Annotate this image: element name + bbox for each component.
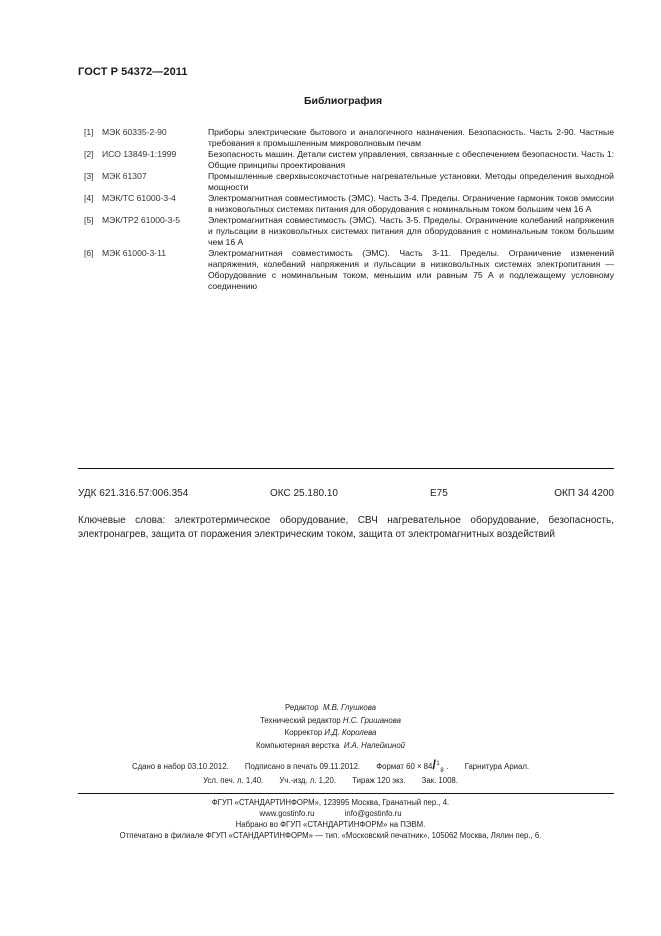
publication-sheets: Уч.-изд. л. 1,20. — [279, 776, 336, 785]
keywords: Ключевые слова: электротермическое обору… — [78, 514, 614, 542]
okp-code: ОКП 34 4200 — [554, 488, 614, 499]
credit-name: Н.С. Гришанова — [343, 716, 401, 725]
email-link[interactable]: info@gostinfo.ru — [317, 809, 402, 818]
typeset-by: Набрано во ФГУП «СТАНДАРТИНФОРМ» на ПЭВМ… — [0, 819, 661, 830]
bibliography-entry: [4] МЭК/ТС 61000-3-4 Электромагнитная со… — [84, 193, 614, 215]
printed-by: Отпечатано в филиале ФГУП «СТАНДАРТИНФОР… — [0, 830, 661, 841]
standard-title: Промышленные сверхвысокочастотные нагрев… — [208, 171, 614, 193]
standard-code: МЭК/ТР2 61000-3-5 — [102, 215, 208, 248]
print-info: Сдано в набор 03.10.2012. Подписано в пе… — [0, 760, 661, 788]
entry-number: [3] — [84, 171, 102, 193]
credit-name: И.Д. Королева — [324, 728, 376, 737]
credit-role: Редактор — [285, 703, 319, 712]
format-fraction: 1/8 — [432, 760, 446, 772]
typeset-date: Сдано в набор 03.10.2012. — [132, 762, 229, 771]
standard-title: Электромагнитная совместимость (ЭМС). Ча… — [208, 215, 614, 248]
standard-title: Приборы электрические бытового и аналоги… — [208, 127, 614, 149]
entry-number: [2] — [84, 149, 102, 171]
standard-code: МЭК 61000-3-11 — [102, 248, 208, 292]
standard-code: МЭК 60335-2-90 — [102, 127, 208, 149]
bibliography-entry: [2] ИСО 13849-1:1999 Безопасность машин.… — [84, 149, 614, 171]
credit-name: И.А. Налейкиной — [344, 741, 405, 750]
credit-line: Технический редактор Н.С. Гришанова — [0, 715, 661, 728]
credit-role: Корректор — [285, 728, 323, 737]
credit-role: Технический редактор — [260, 716, 341, 725]
standard-code: МЭК/ТС 61000-3-4 — [102, 193, 208, 215]
credit-line: Редактор М.В. Глушкова — [0, 702, 661, 715]
entry-number: [1] — [84, 127, 102, 149]
horizontal-rule — [78, 468, 614, 469]
print-sheets: Усл. печ. л. 1,40. — [203, 776, 263, 785]
group-code: Е75 — [430, 488, 448, 499]
standard-code: МЭК 61307 — [102, 171, 208, 193]
website-link[interactable]: www.gostinfo.ru — [259, 809, 314, 818]
standard-title: Электромагнитная совместимость (ЭМС). Ча… — [208, 193, 614, 215]
bibliography-entry: [3] МЭК 61307 Промышленные сверхвысокоча… — [84, 171, 614, 193]
typeface: Гарнитура Ариал. — [465, 762, 529, 771]
publisher-address: ФГУП «СТАНДАРТИНФОРМ», 123995 Москва, Гр… — [0, 797, 661, 808]
entry-number: [6] — [84, 248, 102, 292]
standard-code: ИСО 13849-1:1999 — [102, 149, 208, 171]
standard-title: Электромагнитная совместимость (ЭМС). Ча… — [208, 248, 614, 292]
credit-name: М.В. Глушкова — [323, 703, 376, 712]
print-info-line: Усл. печ. л. 1,40. Уч.-изд. л. 1,20. Тир… — [0, 774, 661, 788]
credit-line: Корректор И.Д. Королева — [0, 727, 661, 740]
udk-code: УДК 621.316.57:006.354 — [78, 488, 188, 499]
entry-number: [4] — [84, 193, 102, 215]
publisher-contacts: www.gostinfo.ru info@gostinfo.ru — [0, 808, 661, 819]
bibliography-list: [1] МЭК 60335-2-90 Приборы электрические… — [84, 127, 614, 292]
horizontal-rule — [78, 793, 614, 794]
standard-title: Безопасность машин. Детали систем управл… — [208, 149, 614, 171]
paper-format: Формат 60 × 84 — [376, 762, 432, 771]
oks-code: ОКС 25.180.10 — [270, 488, 338, 499]
section-title: Библиография — [304, 95, 382, 107]
publisher-info: ФГУП «СТАНДАРТИНФОРМ», 123995 Москва, Гр… — [0, 797, 661, 841]
bibliography-entry: [1] МЭК 60335-2-90 Приборы электрические… — [84, 127, 614, 149]
print-info-line: Сдано в набор 03.10.2012. Подписано в пе… — [0, 760, 661, 774]
credits: Редактор М.В. Глушкова Технический редак… — [0, 702, 661, 752]
credit-line: Компьютерная верстка И.А. Налейкиной — [0, 740, 661, 753]
entry-number: [5] — [84, 215, 102, 248]
fraction-slash-icon: / — [432, 758, 436, 772]
circulation: Тираж 120 экз. — [352, 776, 405, 785]
signed-date: Подписано в печать 09.11.2012. — [245, 762, 360, 771]
bibliography-entry: [5] МЭК/ТР2 61000-3-5 Электромагнитная с… — [84, 215, 614, 248]
document-code: ГОСТ Р 54372—2011 — [78, 66, 188, 78]
bibliography-entry: [6] МЭК 61000-3-11 Электромагнитная совм… — [84, 248, 614, 292]
credit-role: Компьютерная верстка — [256, 741, 340, 750]
